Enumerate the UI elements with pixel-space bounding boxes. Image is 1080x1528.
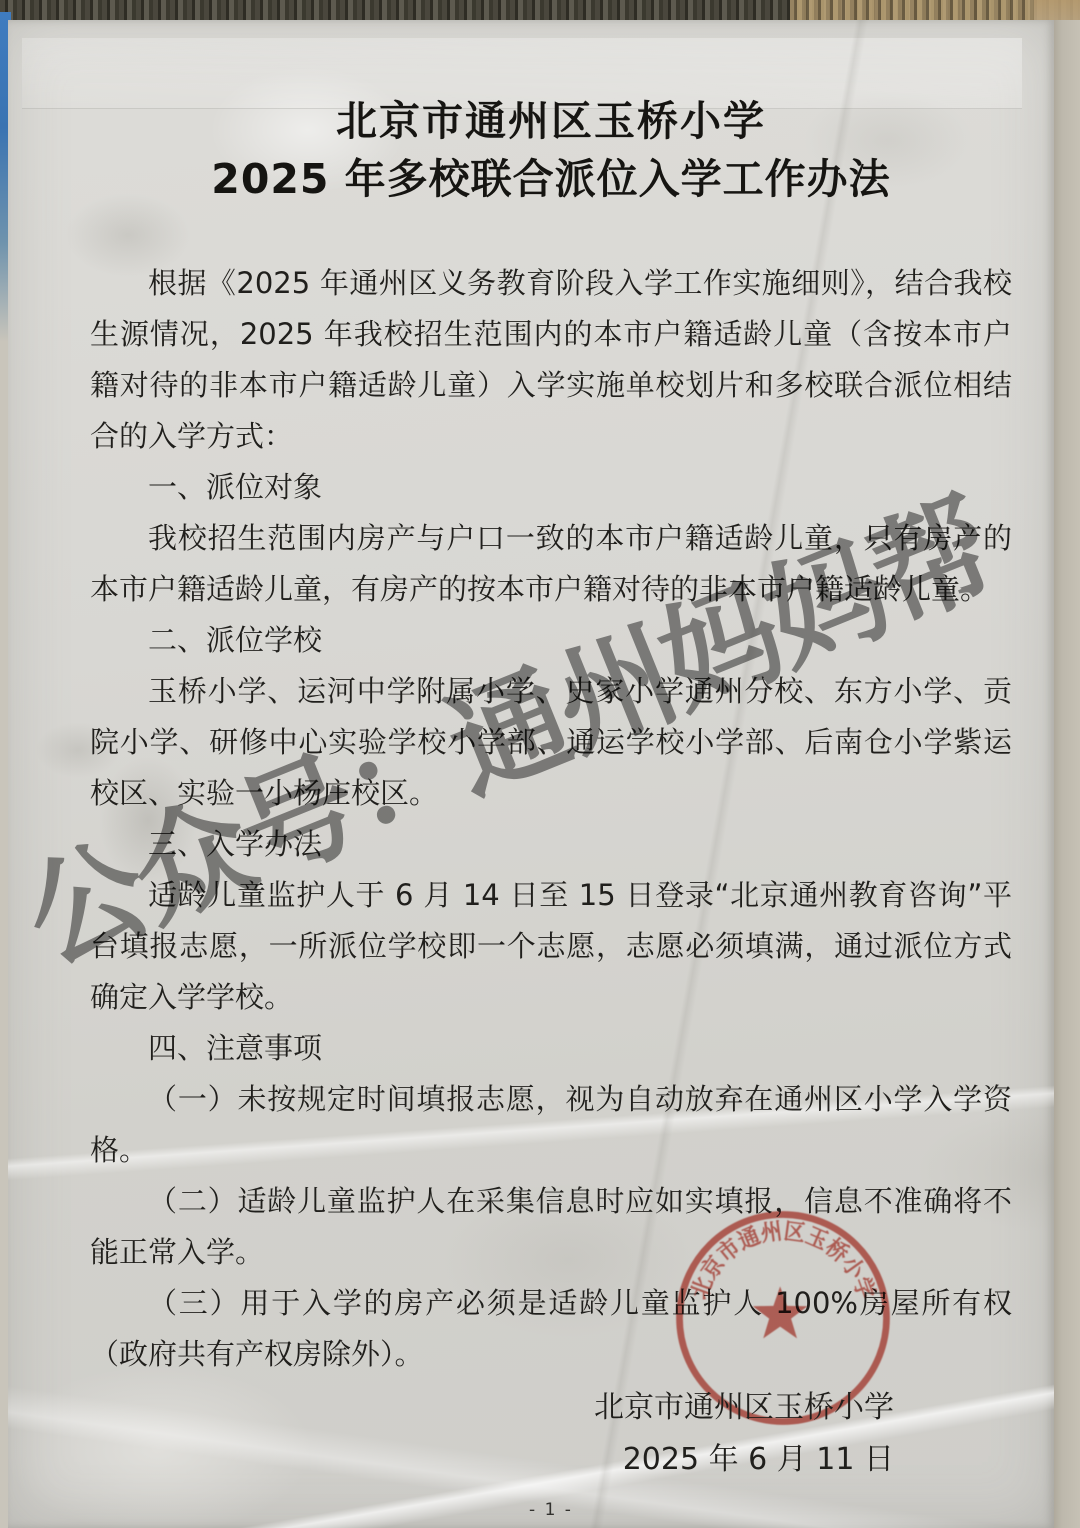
signature-date: 2025 年 6 月 11 日 [90, 1434, 894, 1486]
background-wall-band [0, 0, 1080, 22]
document: 北京市通州区玉桥小学 2025 年多校联合派位入学工作办法 根据《2025 年通… [90, 20, 1012, 1520]
document-paragraph: 一、派位对象 [90, 462, 1012, 513]
document-paragraph: 三、入学办法 [90, 819, 1012, 870]
document-paragraph: （二）适龄儿童监护人在采集信息时应如实填报，信息不准确将不能正常入学。 [90, 1176, 1012, 1278]
document-paragraph: 根据《2025 年通州区义务教育阶段入学工作实施细则》，结合我校生源情况，202… [90, 258, 1012, 462]
document-paragraph: 二、派位学校 [90, 615, 1012, 666]
document-title: 北京市通州区玉桥小学 2025 年多校联合派位入学工作办法 [90, 92, 1012, 208]
signature-school: 北京市通州区玉桥小学 [90, 1382, 894, 1434]
document-paragraph: 适龄儿童监护人于 6 月 14 日至 15 日登录“北京通州教育咨询”平台填报志… [90, 870, 1012, 1023]
page-number: - 1 - [90, 1500, 1012, 1520]
title-line-1: 北京市通州区玉桥小学 [90, 92, 1012, 150]
document-paragraph: 玉桥小学、运河中学附属小学、史家小学通州分校、东方小学、贡院小学、研修中心实验学… [90, 666, 1012, 819]
document-paragraph: （一）未按规定时间填报志愿，视为自动放弃在通州区小学入学资格。 [90, 1074, 1012, 1176]
document-body: 根据《2025 年通州区义务教育阶段入学工作实施细则》，结合我校生源情况，202… [90, 258, 1012, 1380]
document-paragraph: （三）用于入学的房产必须是适龄儿童监护人 100%房屋所有权（政府共有产权房除外… [90, 1278, 1012, 1380]
document-paragraph: 我校招生范围内房产与户口一致的本市户籍适龄儿童，只有房产的本市户籍适龄儿童，有房… [90, 513, 1012, 615]
document-paragraph: 四、注意事项 [90, 1023, 1012, 1074]
title-line-2: 2025 年多校联合派位入学工作办法 [90, 150, 1012, 208]
background-right-edge [1050, 20, 1080, 1528]
